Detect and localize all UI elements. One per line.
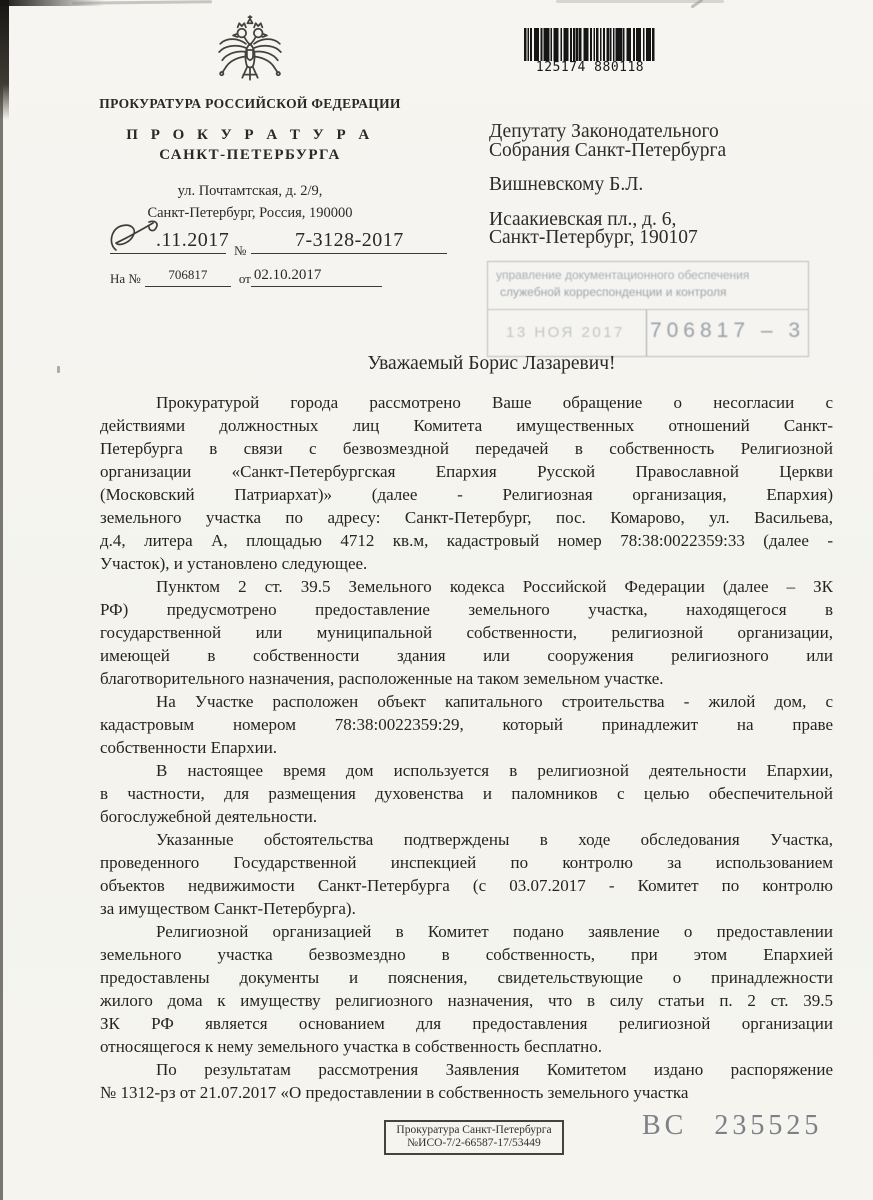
body-line: кадастровым номером 78:38:0022359:29, ко… — [100, 713, 833, 736]
outgoing-number: 7-3128-2017 — [251, 229, 447, 254]
recipient-line1: Депутату Законодательного — [489, 123, 726, 142]
body-line: за имуществом Санкт-Петербурга). — [100, 897, 833, 920]
recipient-name: Вишневскому Б.Л. — [489, 176, 726, 195]
stamp-incoming-number: 706817 – 3 — [646, 310, 808, 356]
body-line: организации «Санкт-Петербургская Епархия… — [100, 460, 833, 483]
scan-smudge — [72, 0, 212, 4]
incoming-date: 02.10.2017 — [251, 267, 382, 287]
letterhead: ПРОКУРАТУРА РОССИЙСКОЙ ФЕДЕРАЦИИ П Р О К… — [80, 14, 420, 222]
registration-stamp: управление документационного обеспечения… — [487, 261, 809, 357]
barcode-bars — [524, 28, 656, 61]
incoming-number: 706817 — [145, 267, 231, 287]
body-line: в частности, для размещения духовенства … — [100, 782, 833, 805]
recipient-line2: Собрания Санкт-Петербурга — [489, 142, 726, 161]
body-line: РФ) предусмотрено предоставление земельн… — [100, 598, 833, 621]
org-address-line1: ул. Почтамтская, д. 2/9, — [80, 183, 420, 200]
recipient-address-line2: Санкт-Петербург, 190107 — [489, 229, 726, 248]
body-line: имеющей в собственности здания или соору… — [100, 644, 833, 667]
scan-corner-shadow-v — [0, 0, 9, 120]
body-line: земельного участка по адресу: Санкт-Пете… — [100, 506, 833, 529]
org-federation-title: ПРОКУРАТУРА РОССИЙСКОЙ ФЕДЕРАЦИИ — [80, 96, 420, 112]
body-line: Петербурга в связи с безвозмездной перед… — [100, 437, 833, 460]
org-city: САНКТ-ПЕТЕРБУРГА — [80, 147, 420, 164]
body-line: ЗК РФ является основанием для предоставл… — [100, 1012, 833, 1035]
footer-registry-stamp: Прокуратура Санкт-Петербурга №ИСО-7/2-66… — [384, 1120, 564, 1155]
stamp-dept-line2: служебной корреспонденции и контроля — [500, 285, 804, 299]
body-line: собственности Епархии. — [100, 736, 833, 759]
handwritten-day-scribble — [106, 219, 160, 257]
body-line: Указанные обстоятельства подтверждены в … — [100, 828, 833, 851]
body-line: Участок), и установлено следующее. — [100, 552, 833, 575]
body-line: благотворительного назначения, расположе… — [100, 667, 833, 690]
recipient-block: Депутату Законодательного Собрания Санкт… — [489, 123, 726, 248]
barcode: 125174 880118 — [524, 28, 656, 75]
body-line: Прокуратурой города рассмотрено Ваше обр… — [100, 391, 833, 414]
scan-edge-left — [0, 0, 3, 1200]
form-serial-number: ВС 235525 — [642, 1110, 822, 1142]
scanned-letter-page: ПРОКУРАТУРА РОССИЙСКОЙ ФЕДЕРАЦИИ П Р О К… — [0, 0, 873, 1200]
footer-stamp-line2: №ИСО-7/2-66587-17/53449 — [388, 1137, 560, 1150]
incoming-from-label: от — [239, 271, 251, 287]
body-line: государственной или муниципальной собств… — [100, 621, 833, 644]
body-line: относящегося к нему земельного участка в… — [100, 1035, 833, 1058]
reference-block: .11.2017 № 7-3128-2017 На № 706817 от 02… — [110, 219, 460, 287]
body-line: предоставлены документы и пояснения, сви… — [100, 966, 833, 989]
body-line: Религиозной организацией в Комитет подан… — [100, 920, 833, 943]
outgoing-date-field: .11.2017 — [110, 219, 226, 254]
body-line: По результатам рассмотрения Заявления Ко… — [100, 1058, 833, 1081]
scan-speck — [57, 366, 60, 373]
body-line: объектов недвижимости Санкт-Петербурга (… — [100, 874, 833, 897]
outgoing-reference-row: .11.2017 № 7-3128-2017 — [110, 219, 460, 254]
body-line: жилого дома к имуществу религиозного наз… — [100, 989, 833, 1012]
stamp-date: 13 НОЯ 2017 — [488, 310, 646, 356]
body-line: Пунктом 2 ст. 39.5 Земельного кодекса Ро… — [100, 575, 833, 598]
body-line: В настоящее время дом используется в рел… — [100, 759, 833, 782]
footer-stamp-line1: Прокуратура Санкт-Петербурга — [388, 1124, 560, 1137]
coat-of-arms-icon — [213, 14, 287, 88]
body-line: № 1312-рз от 21.07.2017 «О предоставлени… — [100, 1081, 833, 1104]
body-line: действиями должностных лиц Комитета имущ… — [100, 414, 833, 437]
stamp-dept-line1: управление документационного обеспечения — [496, 268, 804, 282]
body-line: д.4, литера А, площадью 4712 кв.м, кадас… — [100, 529, 833, 552]
barcode-digits: 125174 880118 — [524, 60, 656, 75]
body-line: богослужебной деятельности. — [100, 805, 833, 828]
body-line: земельного участка безвозмездно в собств… — [100, 943, 833, 966]
incoming-reference-row: На № 706817 от 02.10.2017 — [110, 267, 460, 287]
outgoing-date-rest: .11.2017 — [156, 229, 229, 252]
org-name: П Р О К У Р А Т У Р А — [80, 127, 420, 144]
body-line: На Участке расположен объект капитальног… — [100, 690, 833, 713]
stamp-bottom-row: 13 НОЯ 2017 706817 – 3 — [488, 309, 808, 356]
number-sign-label: № — [226, 243, 251, 259]
body-text: Прокуратурой города рассмотрено Ваше обр… — [100, 391, 833, 1104]
body-line: (Московский Патриархат)» (далее - Религи… — [100, 483, 833, 506]
body-line: проведенного Государственной инспекцией … — [100, 851, 833, 874]
incoming-number-label: На № — [110, 271, 141, 287]
salutation: Уважаемый Борис Лазаревич! — [100, 353, 833, 375]
